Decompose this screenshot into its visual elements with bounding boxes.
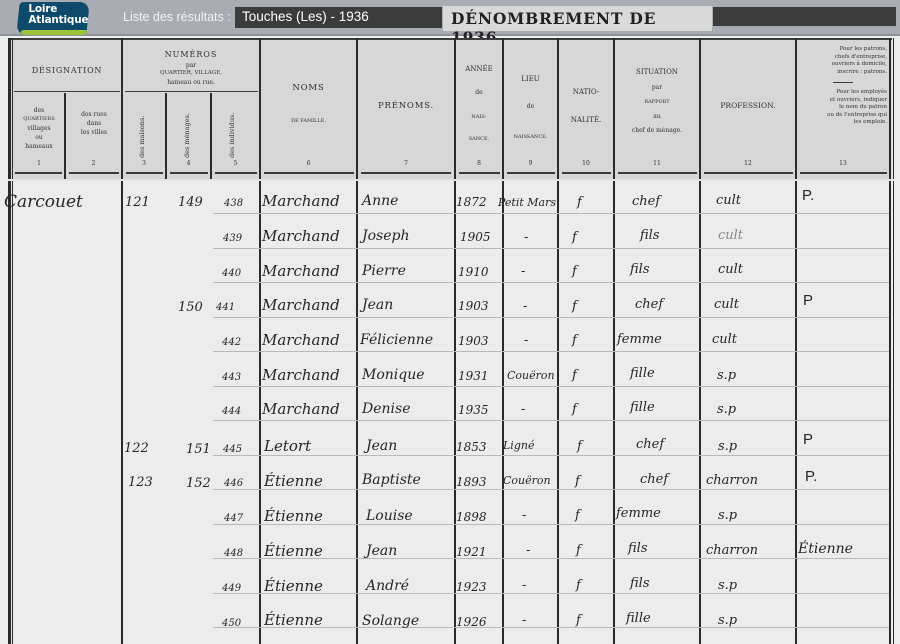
col1-line: des — [14, 106, 64, 115]
col-number: 8 — [456, 160, 502, 167]
cell-nom: Marchand — [262, 227, 340, 245]
header-numeros-sub2: hameau ou rue. — [123, 78, 259, 87]
cell-nom: Letort — [264, 437, 311, 455]
cell-situation: fils — [628, 541, 648, 556]
cell-situation: chef — [632, 194, 660, 209]
col1-line: villages — [14, 124, 64, 133]
header-noms: NOMS — [261, 83, 356, 93]
numeros-underline — [125, 91, 258, 92]
divider-noms — [356, 38, 358, 644]
cell-prenom: Pierre — [362, 263, 406, 279]
cell-nationalite: f — [577, 439, 582, 454]
cell-profession: s.p — [717, 402, 736, 417]
cell-profession: charron — [706, 473, 758, 488]
cell-situation: femme — [617, 332, 662, 347]
cell-menage: 149 — [178, 195, 203, 210]
col13-line: le nom du patron — [799, 104, 887, 112]
cell-nationalite: f — [572, 264, 577, 279]
cell-individu: 438 — [224, 198, 243, 209]
row-rule — [213, 455, 889, 456]
cell-individu: 442 — [222, 337, 241, 348]
border-left-inner — [12, 38, 13, 644]
cell-situation: fils — [630, 576, 650, 591]
cell-individu: 444 — [222, 406, 241, 417]
header-col3: des maisons. — [138, 116, 146, 158]
cell-profession: charron — [706, 543, 758, 558]
cell-lieu: Couëron — [503, 474, 551, 487]
cell-profession: s.p — [718, 508, 737, 523]
cell-maison: 123 — [128, 475, 153, 490]
col1-line: ou — [14, 133, 64, 142]
header-col2: des rues dans les villes — [67, 110, 121, 137]
cell-nationalite: f — [572, 402, 577, 417]
cell-situation: fils — [640, 228, 660, 243]
header-underline — [126, 172, 163, 174]
col2-line: dans — [67, 119, 121, 128]
header-underline — [507, 172, 555, 174]
col-number: 13 — [797, 160, 889, 167]
cell-nationalite: f — [572, 368, 577, 383]
cell-annee: 1898 — [456, 510, 487, 524]
cell-nationalite: f — [575, 474, 580, 489]
cell-nationalite: f — [572, 333, 577, 348]
col-number: 9 — [504, 160, 557, 167]
header-numeros: NUMÉROS — [123, 50, 259, 59]
cell-individu: 441 — [216, 302, 235, 313]
cell-nationalite: f — [576, 578, 581, 593]
col-number: 7 — [358, 160, 454, 167]
col2-line: les villes — [67, 128, 121, 137]
cell-nom: Marchand — [262, 366, 340, 384]
cell-individu: 445 — [223, 444, 242, 455]
cell-annee: 1923 — [456, 580, 487, 594]
col-number: 6 — [261, 160, 356, 167]
cell-prenom: Jean — [366, 438, 397, 454]
divider-designation — [121, 38, 123, 644]
header-underline — [361, 172, 451, 174]
col13-line: Pour les patrons, — [799, 46, 887, 54]
header-situation: SITUATION — [615, 68, 699, 76]
cell-profession: s.p — [718, 613, 737, 628]
document-title: DÉNOMBREMENT DE 1936. — [443, 6, 712, 31]
results-list-label[interactable]: Liste des résultats : — [123, 10, 231, 24]
cell-annee: 1872 — [456, 195, 487, 209]
header-annee-nais: NAIS- — [456, 113, 502, 122]
col13-line: les emploie. — [799, 119, 887, 127]
cell-nom: Marchand — [262, 331, 340, 349]
divider-numeros — [259, 38, 261, 644]
cell-individu: 443 — [222, 372, 241, 383]
cell-annee: 1903 — [458, 334, 489, 348]
header-underline — [215, 172, 257, 174]
col-number: 1 — [14, 160, 64, 167]
cell-maison: 122 — [124, 441, 149, 456]
title-dark-panel — [713, 7, 896, 26]
cell-annee: 1853 — [456, 440, 487, 454]
header-annee-de: de — [456, 88, 502, 97]
col-number: 4 — [167, 160, 210, 167]
results-current-value[interactable]: Touches (Les) - 1936 — [235, 7, 442, 28]
cell-lieu: - — [526, 543, 530, 558]
header-col13-employes: Pour les employés et ouvriers, indiquer … — [799, 89, 889, 127]
row-rule — [213, 351, 889, 352]
header-underline — [264, 172, 354, 174]
cell-quartier: Carcouet — [4, 192, 83, 212]
logo-text: Loire Atlantique — [28, 4, 88, 26]
cell-annee: 1903 — [458, 299, 489, 313]
cell-profession: s.p — [718, 578, 737, 593]
cell-lieu: - — [522, 613, 526, 628]
header-underline — [170, 172, 208, 174]
header-prenoms: PRÉNOMS. — [358, 101, 454, 111]
cell-prenom: André — [366, 578, 409, 594]
cell-nationalite: f — [575, 508, 580, 523]
cell-nationalite: f — [577, 195, 582, 210]
header-underline — [562, 172, 611, 174]
row-rule — [213, 282, 889, 283]
cell-patron: P — [803, 431, 813, 448]
header-underline — [800, 172, 887, 174]
col13-separator — [833, 82, 853, 83]
cell-individu: 447 — [224, 513, 243, 524]
header-situation-chef: chef de ménage. — [615, 126, 699, 135]
cell-prenom: Joseph — [362, 228, 410, 244]
cell-nom: Marchand — [262, 262, 340, 280]
header-lieu: LIEU — [504, 75, 557, 83]
header-profession: PROFESSION. — [701, 101, 795, 110]
header-situation-par: par — [615, 83, 699, 92]
row-rule — [213, 317, 889, 318]
cell-profession: s.p — [717, 368, 736, 383]
header-col1: des QUARTIERS villages ou hameaux — [14, 106, 64, 151]
col13-line: Pour les employés — [799, 89, 887, 97]
cell-maison: 121 — [125, 195, 150, 210]
header-lieu-naissance: NAISSANCE. — [504, 133, 557, 142]
cell-lieu: - — [521, 264, 525, 279]
cell-individu: 450 — [222, 618, 241, 629]
row-rule — [213, 386, 889, 387]
header-de-famille: DE FAMILLE. — [261, 117, 356, 126]
header-nationalite-2: NALITÉ. — [559, 116, 613, 124]
cell-nom: Étienne — [264, 611, 323, 629]
header-numeros-sub1: QUARTIER, VILLAGE, — [123, 69, 259, 78]
cell-annee: 1926 — [456, 615, 487, 629]
cell-situation: chef — [636, 437, 664, 452]
cell-nom: Étienne — [264, 542, 323, 560]
divider-situation — [699, 38, 701, 644]
cell-individu: 446 — [224, 478, 243, 489]
cell-menage: 150 — [178, 300, 203, 315]
cell-individu: 440 — [222, 268, 241, 279]
col-number: 11 — [615, 160, 699, 167]
cell-profession: s.p — [718, 439, 737, 454]
col-number: 3 — [123, 160, 165, 167]
cell-nom: Marchand — [262, 192, 340, 210]
cell-nationalite: f — [572, 299, 577, 314]
cell-annee: 1893 — [456, 475, 487, 489]
cell-individu: 449 — [222, 583, 241, 594]
cell-annee: 1905 — [460, 230, 491, 244]
col13-line: ou de l'entreprise qui — [799, 112, 887, 120]
col13-line: et ouvriers, indiquer — [799, 97, 887, 105]
header-bottom-edge — [8, 179, 894, 181]
cell-patron: Étienne — [798, 541, 853, 557]
cell-nationalite: f — [576, 613, 581, 628]
cell-annee: 1935 — [458, 403, 489, 417]
cell-prenom: Solange — [362, 613, 419, 629]
cell-prenom: Félicienne — [360, 332, 433, 348]
col13-line: chefs d'entreprise, — [799, 54, 887, 62]
cell-menage: 151 — [186, 442, 211, 457]
col1-line: hameaux — [14, 142, 64, 151]
cell-lieu: - — [521, 402, 525, 417]
row-rule — [213, 213, 889, 214]
cell-patron: P — [803, 292, 813, 309]
cell-lieu: Petit Mars — [498, 196, 556, 209]
header-designation: DÉSIGNATION — [14, 66, 120, 75]
col1-line: QUARTIERS — [14, 115, 64, 124]
cell-patron: P. — [805, 468, 817, 485]
header-col5: des individus. — [228, 113, 236, 158]
header-nationalite-1: NATIO- — [559, 88, 613, 96]
header-underline — [618, 172, 697, 174]
header-situation-au: au — [615, 112, 699, 121]
divider-lieu — [557, 38, 559, 644]
cell-lieu: - — [524, 333, 528, 348]
cell-prenom: Monique — [362, 367, 425, 383]
cell-situation: fille — [630, 366, 655, 381]
cell-profession: cult — [718, 262, 743, 277]
col13-line: inscrire : patrons. — [799, 69, 887, 77]
cell-nom: Marchand — [262, 296, 340, 314]
cell-lieu: - — [524, 230, 528, 245]
cell-lieu: Ligné — [503, 439, 534, 452]
cell-profession: cult — [718, 228, 743, 243]
col-number: 5 — [212, 160, 259, 167]
cell-prenom: Denise — [362, 401, 410, 417]
header-lieu-de: de — [504, 102, 557, 111]
header-underline — [15, 172, 62, 174]
cell-situation: fils — [630, 262, 650, 277]
cell-situation: chef — [640, 472, 668, 487]
divider-annee — [502, 38, 504, 644]
cell-lieu: - — [523, 299, 527, 314]
col2-line: des rues — [67, 110, 121, 119]
cell-patron: P. — [802, 187, 814, 204]
col-number: 12 — [701, 160, 795, 167]
cell-annee: 1931 — [458, 369, 489, 383]
cell-lieu: - — [522, 578, 526, 593]
header-underline — [69, 172, 119, 174]
col13-line: ouvriers à domicile, — [799, 61, 887, 69]
cell-nationalite: f — [572, 230, 577, 245]
border-left — [8, 38, 11, 644]
cell-menage: 152 — [186, 476, 211, 491]
cell-nom: Étienne — [264, 472, 323, 490]
cell-situation: fille — [626, 611, 651, 626]
cell-annee: 1921 — [456, 545, 487, 559]
col-number: 2 — [66, 160, 121, 167]
cell-profession: cult — [712, 332, 737, 347]
cell-individu: 448 — [224, 548, 243, 559]
header-col4: des ménages. — [183, 113, 191, 158]
header-annee: ANNÉE — [456, 65, 502, 73]
top-bar: Loire Atlantique Liste des résultats : T… — [0, 0, 900, 36]
cell-prenom: Louise — [366, 508, 413, 524]
header-underline — [459, 172, 500, 174]
cell-nom: Étienne — [264, 507, 323, 525]
row-rule — [213, 248, 889, 249]
cell-prenom: Jean — [362, 297, 393, 313]
header-situation-rapport: RAPPORT — [615, 98, 699, 107]
header-col13-patrons: Pour les patrons, chefs d'entreprise, ou… — [799, 46, 889, 76]
border-right — [889, 38, 891, 644]
cell-nom: Marchand — [262, 400, 340, 418]
cell-situation: chef — [635, 297, 663, 312]
cell-situation: fille — [630, 400, 655, 415]
cell-nom: Étienne — [264, 577, 323, 595]
cell-lieu: Couëron — [507, 369, 555, 382]
cell-individu: 439 — [223, 233, 242, 244]
cell-lieu: - — [522, 508, 526, 523]
col-number: 10 — [559, 160, 613, 167]
cell-situation: femme — [616, 506, 661, 521]
census-page-image[interactable]: DÉSIGNATION des QUARTIERS villages ou ha… — [0, 38, 900, 644]
divider-profession — [795, 38, 797, 644]
cell-prenom: Anne — [362, 193, 398, 209]
cell-annee: 1910 — [458, 265, 489, 279]
logo-line-2: Atlantique — [28, 15, 88, 26]
cell-profession: cult — [716, 193, 741, 208]
header-annee-sance: SANCE. — [456, 135, 502, 144]
cell-prenom: Baptiste — [362, 472, 421, 488]
row-rule — [213, 420, 889, 421]
header-underline — [704, 172, 793, 174]
designation-underline — [14, 91, 120, 92]
cell-profession: cult — [714, 297, 739, 312]
cell-nationalite: f — [576, 543, 581, 558]
loire-atlantique-logo[interactable]: Loire Atlantique — [16, 2, 89, 35]
border-right-outer — [893, 38, 894, 644]
cell-prenom: Jean — [366, 543, 397, 559]
